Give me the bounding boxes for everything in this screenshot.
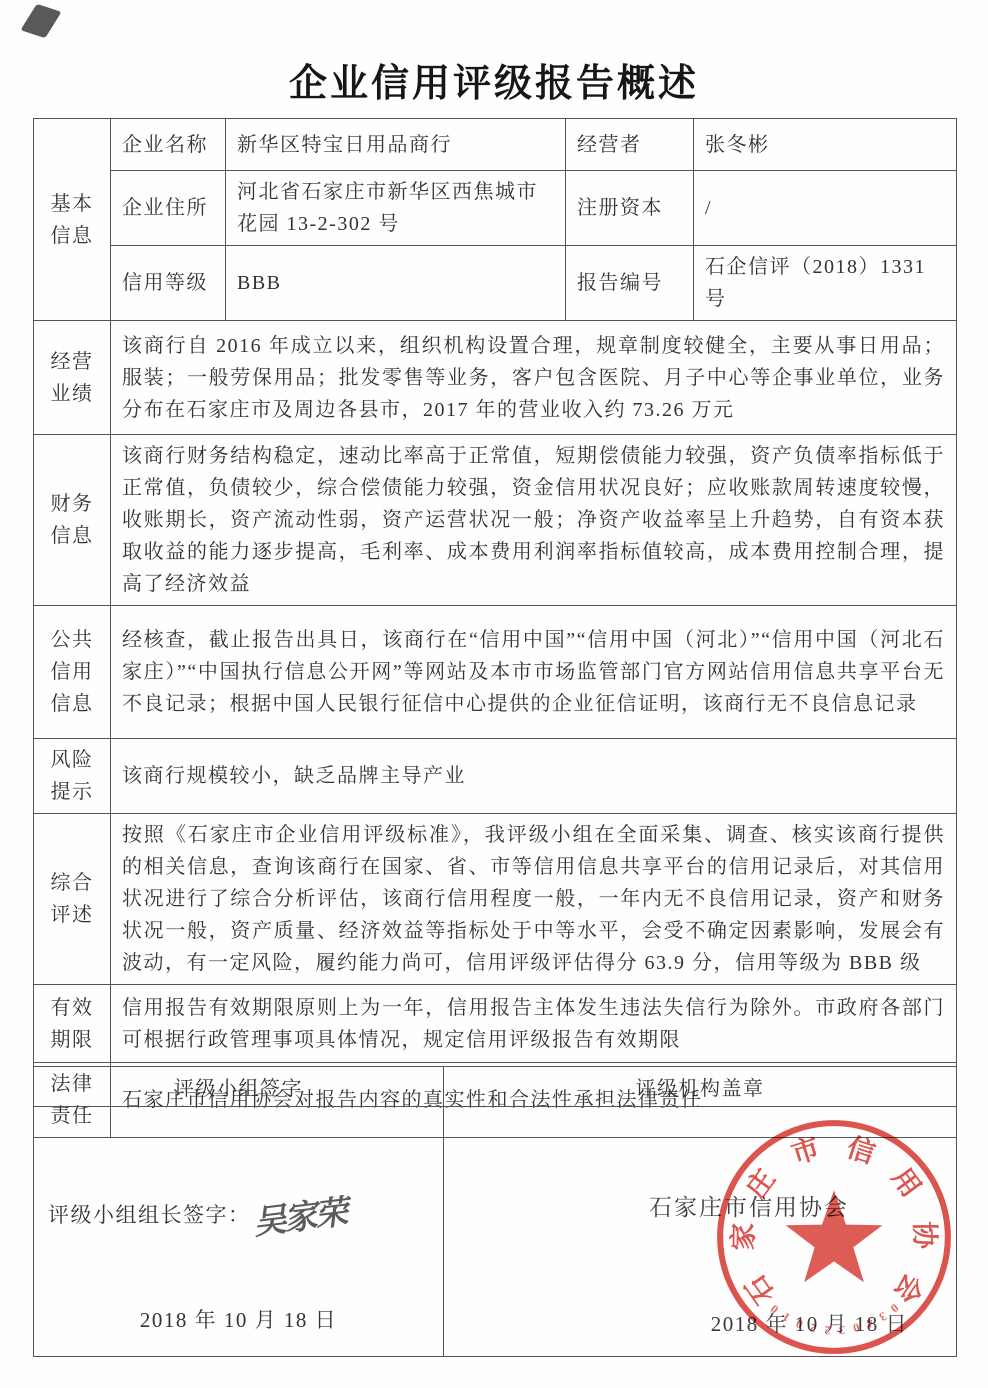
label-company-address: 企业住所	[111, 171, 226, 246]
section-label-basic-info: 基本信息	[34, 119, 111, 321]
report-table: 基本信息 企业名称 新华区特宝日用品商行 经营者 张冬彬 企业住所 河北省石家庄…	[33, 118, 957, 1138]
text-public-credit-info: 经核查，截止报告出具日，该商行在“信用中国”“信用中国（河北）”“信用中国（河北…	[111, 606, 957, 739]
svg-text:4: 4	[863, 1316, 875, 1332]
svg-text:0: 0	[792, 1316, 804, 1332]
value-operator: 张冬彬	[694, 119, 957, 171]
section-label-financial-info: 财务信息	[34, 435, 111, 606]
svg-text:0: 0	[850, 1320, 861, 1335]
red-seal-stamp: 石家庄市信用协会 0102230430	[712, 1115, 956, 1359]
page-title: 企业信用评级报告概述	[0, 52, 988, 107]
section-label-risk-notice: 风险提示	[34, 739, 111, 814]
section-label-overall-review: 综合评述	[34, 814, 111, 985]
svg-text:信: 信	[843, 1131, 880, 1169]
label-registered-capital: 注册资本	[566, 171, 694, 246]
row-company-name: 基本信息 企业名称 新华区特宝日用品商行 经营者 张冬彬	[34, 119, 957, 171]
svg-text:0: 0	[767, 1301, 782, 1317]
header-rating-team-signature: 评级小组签字	[34, 1067, 444, 1107]
team-leader-signature-label: 评级小组组长签字：	[48, 1203, 251, 1227]
svg-text:用: 用	[886, 1163, 927, 1204]
svg-text:1: 1	[779, 1309, 793, 1325]
label-company-name: 企业名称	[111, 119, 226, 171]
label-report-number: 报告编号	[566, 246, 694, 321]
text-validity-period: 信用报告有效期限原则上为一年，信用报告主体发生违法失信行为除外。市政府各部门可根…	[111, 985, 957, 1063]
value-report-number: 石企信评（2018）1331 号	[694, 246, 957, 321]
svg-text:0: 0	[887, 1301, 902, 1317]
svg-text:2: 2	[822, 1323, 831, 1338]
label-operator: 经营者	[566, 119, 694, 171]
row-bottom-cells: 评级小组组长签字：吴家荣 2018 年 10 月 18 日 石家庄市信用协会 2…	[34, 1107, 957, 1357]
header-agency-stamp: 评级机构盖章	[444, 1067, 957, 1107]
svg-text:家: 家	[728, 1221, 758, 1250]
row-public-credit-info: 公共信用信息 经核查，截止报告出具日，该商行在“信用中国”“信用中国（河北）”“…	[34, 606, 957, 739]
text-risk-notice: 该商行规模较小，缺乏品牌主导产业	[111, 739, 957, 814]
seal-digits: 0102230430	[767, 1301, 902, 1338]
svg-text:3: 3	[875, 1309, 889, 1325]
signature-stamp-table: 评级小组签字 评级机构盖章 评级小组组长签字：吴家荣 2018 年 10 月 1…	[33, 1066, 957, 1357]
team-leader-signature-line: 评级小组组长签字：吴家荣	[48, 1185, 350, 1232]
signature-cell: 评级小组组长签字：吴家荣 2018 年 10 月 18 日	[34, 1107, 444, 1357]
seal-star-icon	[786, 1190, 883, 1282]
scan-artifact	[20, 4, 61, 38]
value-registered-capital: /	[694, 171, 957, 246]
value-company-address: 河北省石家庄市新华区西焦城市花园 13-2-302 号	[226, 171, 566, 246]
row-bottom-headers: 评级小组签字 评级机构盖章	[34, 1067, 957, 1107]
stamp-cell: 石家庄市信用协会 2018 年 10 月 18 日 石家庄市信用协会 01022…	[444, 1107, 957, 1357]
row-business-performance: 经营业绩 该商行自 2016 年成立以来，组织机构设置合理，规章制度较健全，主要…	[34, 321, 957, 435]
svg-text:市: 市	[788, 1132, 825, 1169]
text-overall-review: 按照《石家庄市企业信用评级标准》，我评级小组在全面采集、调查、核实该商行提供的相…	[111, 814, 957, 985]
svg-text:协: 协	[909, 1221, 939, 1250]
svg-text:3: 3	[837, 1323, 846, 1338]
section-label-validity-period: 有效期限	[34, 985, 111, 1063]
row-financial-info: 财务信息 该商行财务结构稳定，速动比率高于正常值，短期偿债能力较强，资产负债率指…	[34, 435, 957, 606]
section-label-business-performance: 经营业绩	[34, 321, 111, 435]
section-label-public-credit-info: 公共信用信息	[34, 606, 111, 739]
signature-date: 2018 年 10 月 18 日	[34, 1304, 443, 1334]
handwritten-signature: 吴家荣	[253, 1185, 351, 1244]
row-overall-review: 综合评述 按照《石家庄市企业信用评级标准》，我评级小组在全面采集、调查、核实该商…	[34, 814, 957, 985]
svg-text:庄: 庄	[741, 1163, 782, 1204]
document-page: 企业信用评级报告概述 基本信息 企业名称 新华区特宝日用品商行 经营者 张冬彬 …	[0, 0, 988, 1388]
value-credit-grade: BBB	[226, 246, 566, 321]
value-company-name: 新华区特宝日用品商行	[226, 119, 566, 171]
row-risk-notice: 风险提示 该商行规模较小，缺乏品牌主导产业	[34, 739, 957, 814]
row-validity-period: 有效期限 信用报告有效期限原则上为一年，信用报告主体发生违法失信行为除外。市政府…	[34, 985, 957, 1063]
text-financial-info: 该商行财务结构稳定，速动比率高于正常值，短期偿债能力较强，资产负债率指标低于正常…	[111, 435, 957, 606]
svg-text:2: 2	[807, 1320, 818, 1335]
row-credit-grade: 信用等级 BBB 报告编号 石企信评（2018）1331 号	[34, 246, 957, 321]
label-credit-grade: 信用等级	[111, 246, 226, 321]
text-business-performance: 该商行自 2016 年成立以来，组织机构设置合理，规章制度较健全，主要从事日用品…	[111, 321, 957, 435]
row-company-address: 企业住所 河北省石家庄市新华区西焦城市花园 13-2-302 号 注册资本 /	[34, 171, 957, 246]
